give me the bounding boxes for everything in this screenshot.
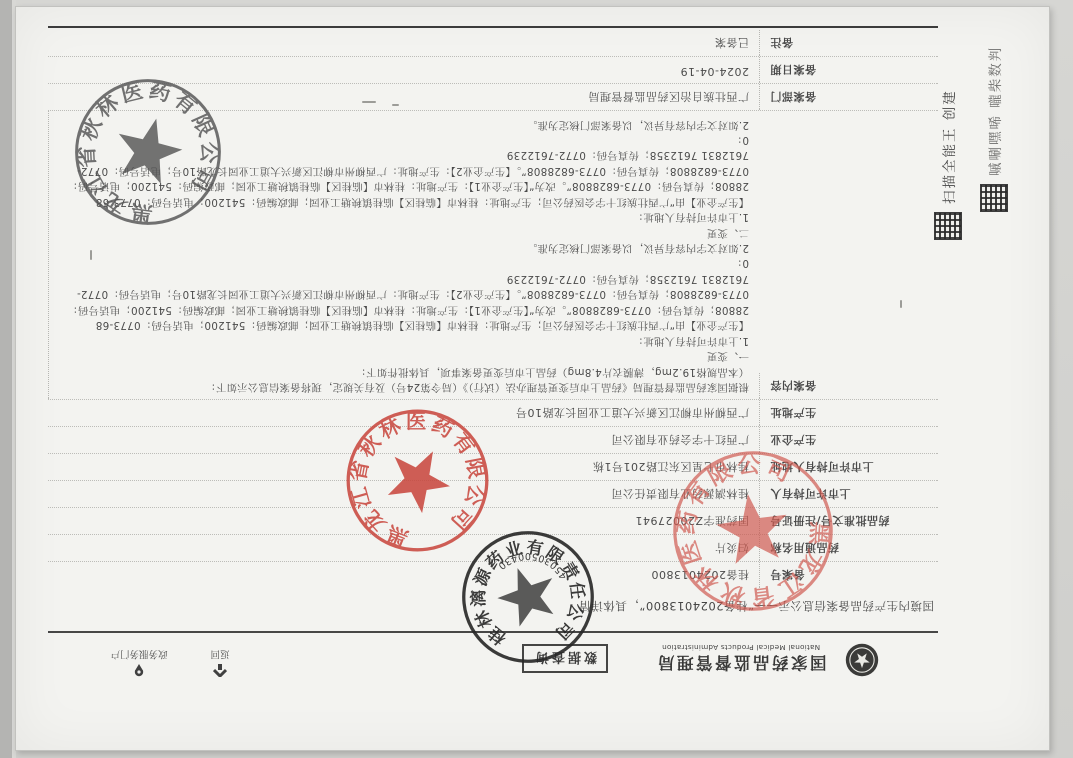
row-label: 备案日期 [759,57,938,83]
portal-medal-icon [132,664,146,677]
scan-speck [362,101,376,103]
agency-name-cn: 国家药品监督管理局 [646,652,836,676]
scan-speck [900,300,902,308]
row-label: 备注 [759,30,938,56]
watermark-text: 扫描全能王 创建 [938,89,958,204]
camscanner-watermark: 扫描全能王 创建 [934,58,962,240]
table-bottom-border [48,26,938,28]
scan-speck [90,250,92,260]
portal-label: 政务服务门户 [111,648,168,659]
back-button: 返回 [190,648,250,677]
row-label: 备案部门 [759,84,938,110]
back-icon [213,664,227,677]
nmpa-emblem-icon [844,642,880,678]
scan-speck [392,104,399,106]
agency-name-en: National Medical Products Administration [646,643,836,652]
row-label: 备案内容 [759,373,938,399]
camscanner-watermark-garbled: 嘁唰嘿唏 嚨柴数判 [980,32,1008,212]
qr-code-icon [934,212,962,240]
agency-title-block: 国家药品监督管理局 National Medical Products Admi… [646,643,836,676]
back-label: 返回 [211,648,230,659]
row-value: 已备案 [48,30,759,56]
qr-code-icon [980,184,1008,212]
table-row: 生产地址广西柳州市柳江区新兴大道工业园长龙路10号 [48,400,938,427]
watermark-text: 嘁唰嘿唏 嚨柴数判 [984,46,1004,176]
row-value: 桂备2024013800 [48,562,759,588]
portal-button: 政务服务门户 [96,648,182,677]
